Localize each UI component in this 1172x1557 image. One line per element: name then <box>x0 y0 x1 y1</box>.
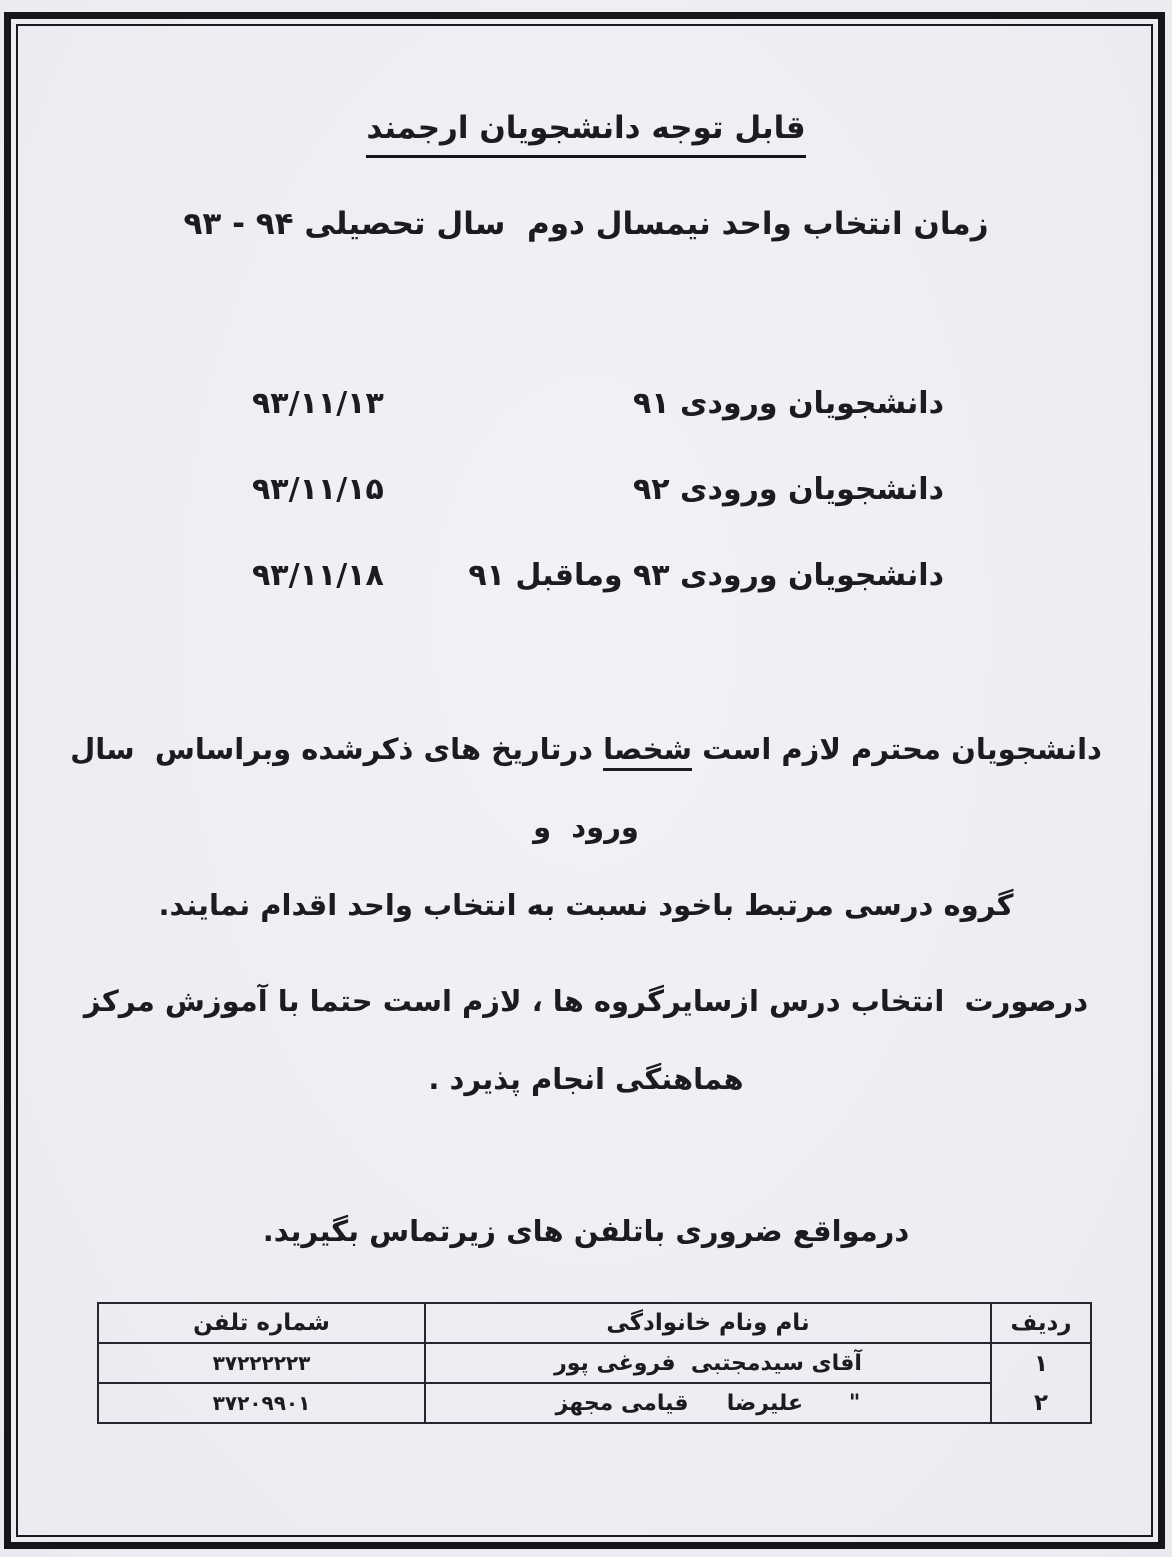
header-row-number: ردیف <box>991 1303 1091 1343</box>
note-text: درتاریخ های ذکرشده وبراساس سال ورود و <box>60 732 639 844</box>
note-line: درصورت انتخاب درس ازسایرگروه ها ، لازم ا… <box>52 962 1120 1040</box>
cell-phone: ۳۷۲۰۹۹۰۱ <box>98 1383 425 1423</box>
cell-name: " علیرضا قیامی مجهز <box>425 1383 991 1423</box>
scanned-notice-page: قابل توجه دانشجویان ارجمند زمان انتخاب و… <box>0 0 1172 1557</box>
note-line: هماهنگی انجام پذیرد . <box>52 1040 1120 1118</box>
header-name: نام ونام خانوادگی <box>425 1303 991 1343</box>
table-row: ۲ " علیرضا قیامی مجهز ۳۷۲۰۹۹۰۱ <box>98 1383 1091 1423</box>
underlined-word: شخصا <box>603 732 692 771</box>
cell-name: آقای سیدمجتبی فروغی پور <box>425 1343 991 1383</box>
cell-row-number: ۲ <box>991 1383 1091 1423</box>
table-row: ۱ آقای سیدمجتبی فروغی پور ۳۷۲۲۲۲۲۳ <box>98 1343 1091 1383</box>
contact-heading: درمواقع ضروری باتلفن های زیرتماس بگیرید. <box>0 1214 1172 1248</box>
contact-table: ردیف نام ونام خانوادگی شماره تلفن ۱ آقای… <box>97 1302 1092 1424</box>
note-other-groups: درصورت انتخاب درس ازسایرگروه ها ، لازم ا… <box>52 962 1120 1118</box>
schedule-row: دانشجویان ورودی ۹۱ ۹۳/۱۱/۱۳ <box>252 380 944 426</box>
header-phone: شماره تلفن <box>98 1303 425 1343</box>
schedule-label: دانشجویان ورودی ۹۱ <box>633 386 944 421</box>
schedule-list: دانشجویان ورودی ۹۱ ۹۳/۱۱/۱۳ دانشجویان ور… <box>252 380 944 598</box>
page-subtitle: زمان انتخاب واحد نیمسال دوم سال تحصیلی ۹… <box>0 206 1172 242</box>
note-line: گروه درسی مرتبط باخود نسبت به انتخاب واح… <box>52 866 1120 944</box>
schedule-label: دانشجویان ورودی ۹۳ وماقبل ۹۱ <box>468 558 944 593</box>
note-line: دانشجویان محترم لازم است شخصا درتاریخ ها… <box>52 710 1120 866</box>
schedule-label: دانشجویان ورودی ۹۲ <box>633 472 944 507</box>
table-header-row: ردیف نام ونام خانوادگی شماره تلفن <box>98 1303 1091 1343</box>
cell-phone: ۳۷۲۲۲۲۲۳ <box>98 1343 425 1383</box>
cell-row-number: ۱ <box>991 1343 1091 1383</box>
note-text: دانشجویان محترم لازم است <box>692 732 1102 766</box>
note-personal-selection: دانشجویان محترم لازم است شخصا درتاریخ ها… <box>52 710 1120 944</box>
schedule-date: ۹۳/۱۱/۱۸ <box>252 558 384 593</box>
schedule-date: ۹۳/۱۱/۱۳ <box>252 386 384 421</box>
title-row: قابل توجه دانشجویان ارجمند <box>0 110 1172 158</box>
schedule-row: دانشجویان ورودی ۹۲ ۹۳/۱۱/۱۵ <box>252 466 944 512</box>
schedule-date: ۹۳/۱۱/۱۵ <box>252 472 384 507</box>
schedule-row: دانشجویان ورودی ۹۳ وماقبل ۹۱ ۹۳/۱۱/۱۸ <box>252 552 944 598</box>
page-title: قابل توجه دانشجویان ارجمند <box>366 110 805 158</box>
